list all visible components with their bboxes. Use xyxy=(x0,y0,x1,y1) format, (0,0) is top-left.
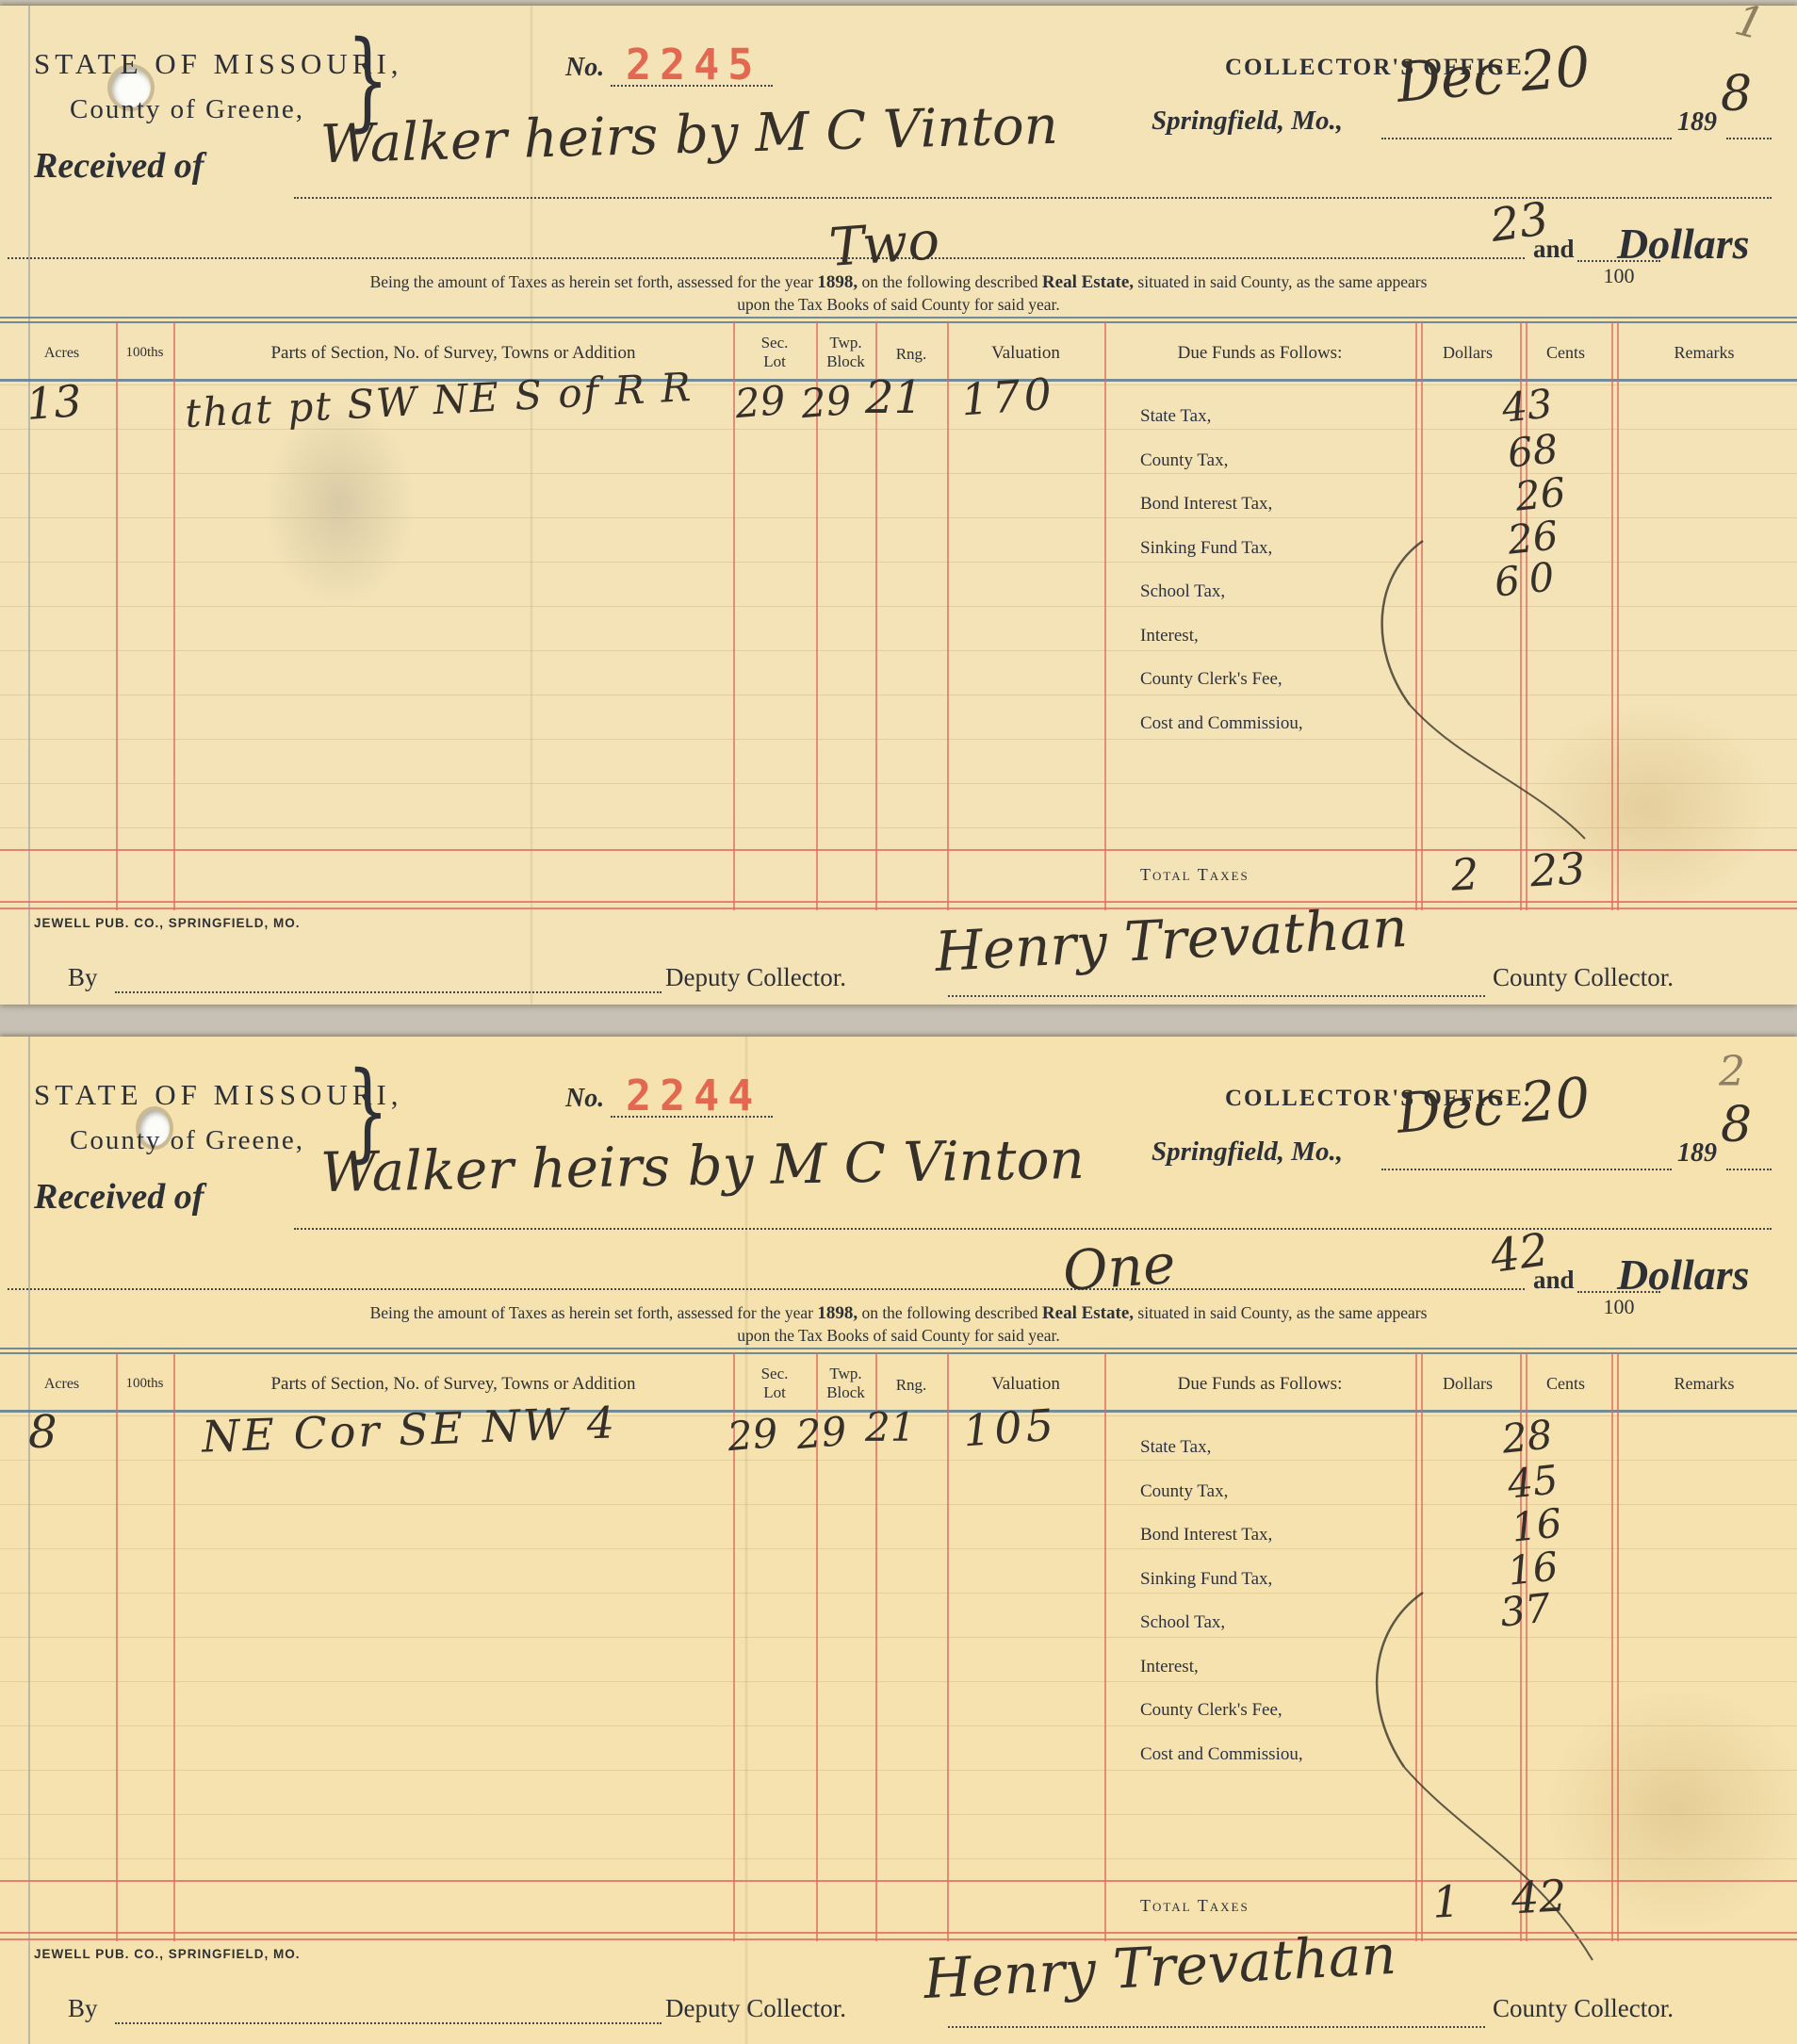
column-line xyxy=(173,1353,175,1941)
row-acres: 8 xyxy=(28,1410,57,1455)
no-label: No. xyxy=(565,53,604,83)
handwritten-year-digit: 8 xyxy=(1721,1101,1752,1150)
year-printed: 189 xyxy=(1677,107,1717,138)
header-sec-lot: Sec. Lot xyxy=(733,1365,816,1401)
table-bottom-line xyxy=(0,1932,1797,1934)
due-fund-school-tax: School Tax, xyxy=(1140,581,1225,602)
year-dotted-line xyxy=(1726,138,1772,139)
county-collector-label: County Collector. xyxy=(1493,1994,1674,2023)
being-realestate: Real Estate, xyxy=(1042,272,1134,292)
due-fund-bond-interest-tax: Bond Interest Tax, xyxy=(1140,494,1272,515)
due-fund-bond-interest-tax: Bond Interest Tax, xyxy=(1140,1525,1272,1545)
row-sec-lot: 29 xyxy=(733,381,787,424)
year-dotted-line xyxy=(1726,1169,1772,1170)
due-fund-sinking-fund-tax: Sinking Fund Tax, xyxy=(1140,538,1272,559)
year-printed: 189 xyxy=(1677,1138,1717,1169)
received-of-handwriting: Walker heirs by M C Vinton xyxy=(320,1132,1086,1200)
signature-dotted-line xyxy=(948,995,1485,997)
amount-words-line xyxy=(8,1288,1525,1290)
being-post: situated in said County, as the same app… xyxy=(1137,1303,1427,1322)
header-lot: Lot xyxy=(733,1383,816,1402)
header-dollars: Dollars xyxy=(1415,1374,1520,1394)
fund-cents-state: 28 xyxy=(1500,1414,1555,1459)
header-dollars: Dollars xyxy=(1415,343,1520,363)
row-valuation: 170 xyxy=(960,372,1057,422)
header-acres: Acres xyxy=(8,345,116,362)
receipt-2245: 1 STATE OF MISSOURI, County of Greene, }… xyxy=(0,6,1797,1005)
deputy-collector-label: Deputy Collector. xyxy=(665,963,846,992)
header-remarks: Remarks xyxy=(1611,343,1797,363)
header-cents: Cents xyxy=(1520,343,1611,363)
being-mid: on the following described xyxy=(861,272,1037,291)
county-collector-label: County Collector. xyxy=(1493,963,1674,992)
being-mid: on the following described xyxy=(861,1303,1037,1322)
due-fund-school-tax: School Tax, xyxy=(1140,1612,1225,1633)
header-due-funds: Due Funds as Follows: xyxy=(1104,343,1415,364)
header-rng: Rng. xyxy=(875,1376,947,1395)
column-line xyxy=(1611,1353,1613,1941)
table-top-line xyxy=(0,317,1797,319)
received-of-label: Received of xyxy=(34,1176,204,1218)
header-remarks: Remarks xyxy=(1611,1374,1797,1394)
header-lot: Lot xyxy=(733,352,816,371)
total-taxes-label: Total Taxes xyxy=(1140,1896,1250,1916)
header-twp-block: Twp. Block xyxy=(816,1365,875,1401)
header-sec: Sec. xyxy=(733,1365,816,1383)
header-twp-block: Twp. Block xyxy=(816,334,875,370)
header-100ths: 100ths xyxy=(116,1376,173,1392)
due-fund-interest: Interest, xyxy=(1140,1657,1199,1677)
handwritten-date: Dec 20 xyxy=(1395,1070,1593,1141)
due-fund-county-clerks-fee: County Clerk's Fee, xyxy=(1140,669,1282,690)
receipt-2244: 2 STATE OF MISSOURI, County of Greene, }… xyxy=(0,1037,1797,2044)
received-of-line xyxy=(294,197,1772,199)
due-fund-county-tax: County Tax, xyxy=(1140,1481,1228,1502)
header-block: Block xyxy=(816,352,875,371)
fund-cents-county: 68 xyxy=(1506,429,1560,473)
column-line xyxy=(1104,1353,1106,1941)
total-taxes-label: Total Taxes xyxy=(1140,865,1250,885)
header-sec: Sec. xyxy=(733,334,816,352)
handwritten-year-digit: 8 xyxy=(1721,70,1752,119)
received-of-handwriting: Walker heirs by M C Vinton xyxy=(319,100,1058,172)
due-fund-state-tax: State Tax, xyxy=(1140,1437,1211,1458)
header-sec-lot: Sec. Lot xyxy=(733,334,816,370)
column-line xyxy=(947,1353,949,1941)
due-fund-county-tax: County Tax, xyxy=(1140,450,1228,471)
header-parts: Parts of Section, No. of Survey, Towns o… xyxy=(173,1374,733,1395)
receipt-number-stamp: 2244 xyxy=(626,1074,761,1117)
pencil-page-number: 2 xyxy=(1719,1052,1745,1093)
being-year: 1898, xyxy=(817,272,858,292)
received-of-line xyxy=(294,1228,1772,1230)
header-acres: Acres xyxy=(8,1376,116,1393)
date-dotted-line xyxy=(1381,1169,1672,1170)
dollars-label: Dollars xyxy=(1617,219,1750,269)
due-fund-cost-commission: Cost and Commissiou, xyxy=(1140,713,1303,734)
by-dotted-line xyxy=(115,991,662,993)
received-of-label: Received of xyxy=(34,145,204,187)
dollars-label: Dollars xyxy=(1617,1250,1750,1300)
fund-cents-state: 43 xyxy=(1500,384,1555,428)
header-parts: Parts of Section, No. of Survey, Towns o… xyxy=(173,343,733,364)
header-twp: Twp. xyxy=(816,334,875,352)
deputy-collector-label: Deputy Collector. xyxy=(665,1994,846,2023)
header-100ths: 100ths xyxy=(116,345,173,361)
printer-imprint: JEWELL PUB. CO., SPRINGFIELD, MO. xyxy=(34,1947,301,1961)
total-taxes-handwriting: 1 42 xyxy=(1431,1873,1568,1923)
being-pre: Being the amount of Taxes as herein set … xyxy=(370,1303,813,1322)
date-dotted-line xyxy=(1381,138,1672,139)
table-bottom-line xyxy=(0,901,1797,903)
column-line xyxy=(1611,322,1613,910)
being-line-1: Being the amount of Taxes as herein set … xyxy=(0,272,1797,293)
springfield-label: Springfield, Mo., xyxy=(1152,1136,1343,1168)
being-realestate: Real Estate, xyxy=(1042,1303,1134,1323)
total-taxes-handwriting: 2 23 xyxy=(1450,846,1587,896)
fund-cents-county: 45 xyxy=(1506,1460,1560,1504)
scanned-tax-receipts-page: { "form": { "state_line": "STATE OF MISS… xyxy=(0,0,1797,2044)
column-line xyxy=(1617,1353,1619,1941)
amount-word-handwriting: One xyxy=(1061,1236,1177,1299)
due-fund-interest: Interest, xyxy=(1140,626,1199,646)
column-line xyxy=(116,1353,118,1941)
handwritten-date: Dec 20 xyxy=(1395,39,1593,110)
header-rng: Rng. xyxy=(875,345,947,364)
row-twp-block: 29 xyxy=(799,381,853,424)
due-fund-county-clerks-fee: County Clerk's Fee, xyxy=(1140,1700,1282,1721)
header-due-funds: Due Funds as Follows: xyxy=(1104,1374,1415,1395)
pen-flourish xyxy=(1319,533,1602,844)
row-parts: NE Cor SE NW 4 xyxy=(201,1400,617,1458)
being-line-1: Being the amount of Taxes as herein set … xyxy=(0,1303,1797,1324)
by-label: By xyxy=(68,963,98,992)
fund-cents-bond: 26 xyxy=(1513,472,1568,516)
being-pre: Being the amount of Taxes as herein set … xyxy=(370,272,813,291)
row-twp-block: 29 xyxy=(794,1412,848,1455)
receipt-number-stamp: 2245 xyxy=(626,43,761,86)
row-sec-lot: 29 xyxy=(726,1414,779,1457)
row-valuation: 105 xyxy=(962,1403,1059,1453)
pencil-page-number: 1 xyxy=(1731,6,1769,46)
header-valuation: Valuation xyxy=(947,343,1104,364)
table-bottom-line-2 xyxy=(0,908,1797,909)
collector-signature: Henry Trevathan xyxy=(934,900,1409,979)
due-fund-cost-commission: Cost and Commissiou, xyxy=(1140,1744,1303,1765)
springfield-label: Springfield, Mo., xyxy=(1152,106,1343,137)
by-dotted-line xyxy=(115,2022,662,2024)
header-valuation: Valuation xyxy=(947,1374,1104,1395)
header-cents: Cents xyxy=(1520,1374,1611,1394)
header-twp: Twp. xyxy=(816,1365,875,1383)
county-line: County of Greene, xyxy=(70,94,304,125)
amount-words-line xyxy=(8,257,1525,259)
amount-word-handwriting: Two xyxy=(827,215,941,275)
being-line-2: upon the Tax Books of said County for sa… xyxy=(0,295,1797,315)
cents-handwriting: 23 xyxy=(1488,196,1551,249)
due-fund-sinking-fund-tax: Sinking Fund Tax, xyxy=(1140,1569,1272,1590)
column-line xyxy=(116,322,118,910)
no-label: No. xyxy=(565,1084,604,1114)
table-top-line xyxy=(0,1348,1797,1349)
being-line-2: upon the Tax Books of said County for sa… xyxy=(0,1326,1797,1346)
fund-cents-bond: 16 xyxy=(1510,1503,1564,1547)
column-line xyxy=(173,322,175,910)
table-bottom-line-2 xyxy=(0,1938,1797,1940)
being-year: 1898, xyxy=(817,1303,858,1323)
printer-imprint: JEWELL PUB. CO., SPRINGFIELD, MO. xyxy=(34,916,301,930)
signature-dotted-line xyxy=(948,2026,1485,2028)
column-line xyxy=(1104,322,1106,910)
by-label: By xyxy=(68,1994,98,2023)
column-line xyxy=(947,322,949,910)
county-line: County of Greene, xyxy=(70,1125,304,1156)
cents-handwriting: 42 xyxy=(1488,1227,1551,1280)
row-rng: 21 xyxy=(865,1408,915,1447)
row-rng: 21 xyxy=(865,375,923,420)
being-post: situated in said County, as the same app… xyxy=(1137,272,1427,291)
row-acres: 13 xyxy=(25,379,83,426)
column-line xyxy=(1617,322,1619,910)
due-fund-state-tax: State Tax, xyxy=(1140,406,1211,427)
header-block: Block xyxy=(816,1383,875,1402)
